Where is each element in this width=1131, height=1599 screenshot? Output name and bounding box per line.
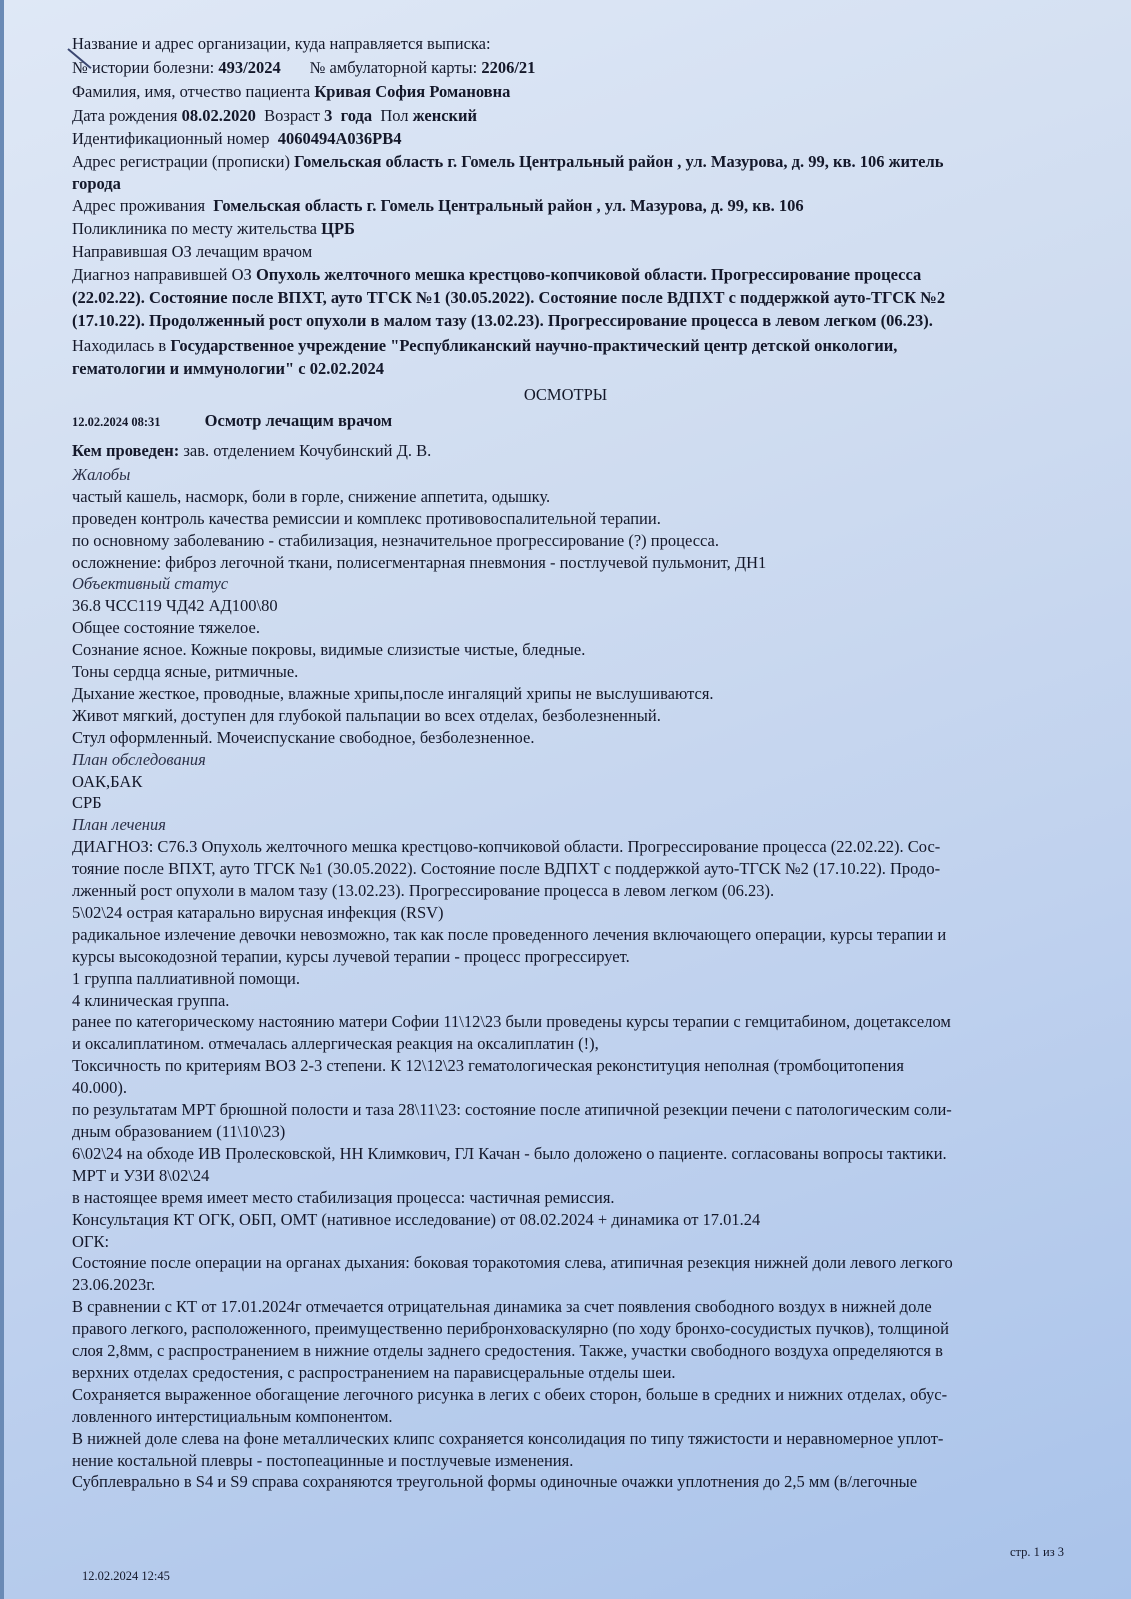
plan-treat-line: по результатам МРТ брюшной полости и таз… bbox=[72, 1100, 952, 1120]
plan-treat-line: радикальное излечение девочки невозможно… bbox=[72, 925, 946, 945]
status-heading: Объективный статус bbox=[72, 574, 228, 594]
plan-treat-line: В сравнении с КТ от 17.01.2024г отмечает… bbox=[72, 1297, 932, 1317]
age: 3 bbox=[324, 106, 332, 125]
plan-treat-line: 40.000). bbox=[72, 1078, 127, 1098]
plan-treat-heading: План лечения bbox=[72, 815, 166, 835]
section-title: ОСМОТРЫ bbox=[0, 385, 1131, 405]
plan-treat-line: Консультация КТ ОГК, ОБП, ОМТ (нативное … bbox=[72, 1210, 760, 1230]
patient-name-line: Фамилия, имя, отчество пациента Кривая С… bbox=[72, 82, 510, 102]
plan-treat-line: 23.06.2023г. bbox=[72, 1275, 155, 1295]
registration-address: Гомельская область г. Гомель Центральный… bbox=[294, 152, 943, 171]
status-line: Стул оформленный. Мочеиспускание свободн… bbox=[72, 728, 534, 748]
complaint-line: частый кашель, насморк, боли в горле, сн… bbox=[72, 487, 550, 507]
plan-treat-line: нение костальной плевры - постопеацинные… bbox=[72, 1451, 573, 1471]
plan-treat-line: Субплеврально в S4 и S9 справа сохраняют… bbox=[72, 1472, 917, 1492]
exam-title: Осмотр лечащим врачом bbox=[205, 411, 393, 430]
status-line: 36.8 ЧСС119 ЧД42 АД100\80 bbox=[72, 596, 278, 616]
plan-treat-line: ОГК: bbox=[72, 1232, 109, 1252]
page-number: стр. 1 из 3 bbox=[1010, 1542, 1064, 1562]
plan-treat-line: 5\02\24 острая катарально вирусная инфек… bbox=[72, 903, 444, 923]
plan-treat-line: правого легкого, расположенного, преимущ… bbox=[72, 1319, 949, 1339]
plan-treat-line: ловленного интерстициальным компонентом. bbox=[72, 1407, 393, 1427]
plan-treat-line: дным образованием (11\10\23) bbox=[72, 1122, 285, 1142]
plan-exam-line: СРБ bbox=[72, 793, 102, 813]
stay-line: Находилась в Государственное учреждение … bbox=[72, 336, 897, 356]
clinic-line: Поликлиника по месту жительства ЦРБ bbox=[72, 219, 355, 239]
plan-treat-line: курсы высокодозной терапии, курсы лучево… bbox=[72, 947, 630, 967]
id-line: Идентификационный номер 4060494A036PB4 bbox=[72, 129, 402, 149]
referral-diagnosis: Диагноз направившей ОЗ Опухоль желточног… bbox=[72, 265, 921, 285]
plan-treat-line: 1 группа паллиативной помощи. bbox=[72, 969, 300, 989]
dob: 08.02.2020 bbox=[182, 106, 256, 125]
plan-treat-line: тояние после ВПХТ, ауто ТГСК №1 (30.05.2… bbox=[72, 859, 940, 879]
status-line: Тоны сердца ясные, ритмичные. bbox=[72, 662, 298, 682]
plan-exam-heading: План обследования bbox=[72, 750, 206, 770]
plan-treat-line: 4 клиническая группа. bbox=[72, 991, 229, 1011]
status-line: Сознание ясное. Кожные покровы, видимые … bbox=[72, 640, 585, 660]
clinic: ЦРБ bbox=[321, 219, 355, 238]
exam-header: 12.02.2024 08:31 Осмотр лечащим врачом bbox=[72, 411, 392, 432]
complaint-line: по основному заболеванию - стабилизация,… bbox=[72, 531, 719, 551]
print-timestamp: 12.02.2024 12:45 bbox=[82, 1566, 170, 1586]
plan-treat-line: ранее по категорическому настоянию матер… bbox=[72, 1012, 951, 1032]
complaints-heading: Жалобы bbox=[72, 465, 130, 485]
card-number: 2206/21 bbox=[481, 58, 535, 77]
status-line: Дыхание жесткое, проводные, влажные хрип… bbox=[72, 684, 714, 704]
plan-treat-line: МРТ и УЗИ 8\02\24 bbox=[72, 1166, 209, 1186]
plan-exam-line: ОАК,БАК bbox=[72, 772, 142, 792]
sex: женский bbox=[413, 106, 477, 125]
exam-datetime: 12.02.2024 08:31 bbox=[72, 415, 161, 429]
residence-line: Адрес проживания Гомельская область г. Г… bbox=[72, 196, 804, 216]
plan-treat-line: Сохраняется выраженное обогащение легочн… bbox=[72, 1385, 947, 1405]
dob-line: Дата рождения 08.02.2020 Возраст 3 года … bbox=[72, 106, 477, 126]
plan-treat-line: 6\02\24 на обходе ИВ Пролесковской, НН К… bbox=[72, 1144, 947, 1164]
plan-treat-line: В нижней доле слева на фоне металлически… bbox=[72, 1429, 943, 1449]
plan-treat-line: в настоящее время имеет место стабилизац… bbox=[72, 1188, 615, 1208]
plan-treat-line: ДИАГНОЗ: С76.3 Опухоль желточного мешка … bbox=[72, 837, 940, 857]
page-edge bbox=[0, 0, 4, 1599]
status-line: Живот мягкий, доступен для глубокой паль… bbox=[72, 706, 661, 726]
plan-treat-line: и оксалиплатином. отмечалась аллергическ… bbox=[72, 1034, 599, 1054]
exam-by: Кем проведен: зав. отделением Кочубински… bbox=[72, 441, 431, 461]
org-label: Название и адрес организации, куда напра… bbox=[72, 34, 491, 54]
history-number: 493/2024 bbox=[218, 58, 280, 77]
history-line: № истории болезни: 493/2024 № амбулаторн… bbox=[72, 58, 535, 78]
document-page: Название и адрес организации, куда напра… bbox=[0, 0, 1131, 1599]
plan-treat-line: Состояние после операции на органах дыха… bbox=[72, 1253, 953, 1273]
registration-line: Адрес регистрации (прописки) Гомельская … bbox=[72, 152, 943, 172]
id-number: 4060494A036PB4 bbox=[278, 129, 402, 148]
patient-name: Кривая София Романовна bbox=[314, 82, 510, 101]
residence-address: Гомельская область г. Гомель Центральный… bbox=[213, 196, 803, 215]
plan-treat-line: лженный рост опухоли в малом тазу (13.02… bbox=[72, 881, 774, 901]
plan-treat-line: верхних отделах средостения, с распростр… bbox=[72, 1363, 676, 1383]
complaint-line: осложнение: фиброз легочной ткани, полис… bbox=[72, 553, 766, 573]
referral: Направившая ОЗ лечащим врачом bbox=[72, 242, 312, 262]
status-line: Общее состояние тяжелое. bbox=[72, 618, 260, 638]
plan-treat-line: слоя 2,8мм, с распространением в нижние … bbox=[72, 1341, 943, 1361]
plan-treat-line: Токсичность по критериям ВОЗ 2-3 степени… bbox=[72, 1056, 904, 1076]
complaint-line: проведен контроль качества ремиссии и ко… bbox=[72, 509, 661, 529]
